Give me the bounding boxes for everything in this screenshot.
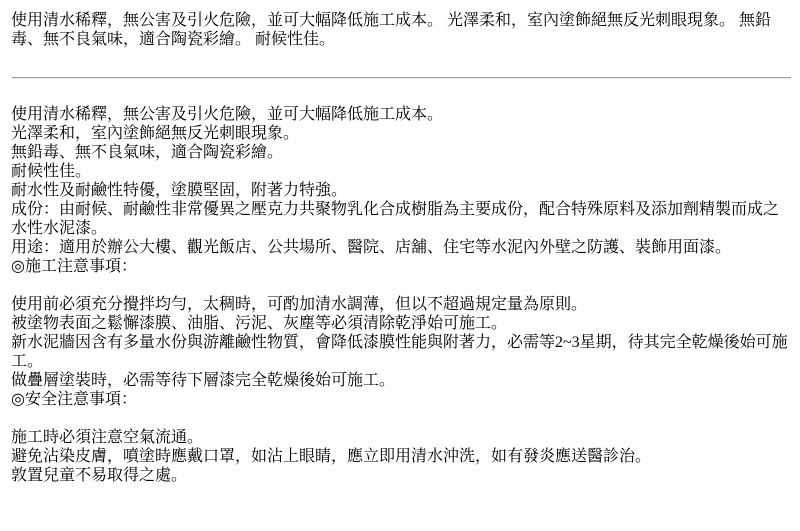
text-line: 無鉛毒、無不良氣味，適合陶瓷彩繪。 bbox=[11, 143, 791, 162]
blank-line bbox=[11, 409, 791, 428]
text-line: 使用前必須充分攪拌均勻，太稠時，可酌加清水調薄，但以不超過規定量為原則。 bbox=[11, 295, 791, 314]
text-line: 用途：適用於辦公大樓、觀光飯店、公共場所、醫院、店舖、住宅等水泥內外壁之防護、裝… bbox=[11, 238, 791, 257]
section-divider bbox=[12, 77, 791, 79]
text-line: 被塗物表面之鬆懈漆膜、油脂、污泥、灰塵等必須清除乾淨始可施工。 bbox=[11, 314, 791, 333]
document-page: 使用清水稀釋，無公害及引火危險，並可大幅降低施工成本。 光澤柔和，室內塗飾絕無反… bbox=[0, 0, 800, 531]
text-line: 耐候性佳。 bbox=[11, 162, 791, 181]
text-line: 使用清水稀釋，無公害及引火危險，並可大幅降低施工成本。 bbox=[11, 105, 791, 124]
text-line: 施工時必須注意空氣流通。 bbox=[11, 428, 791, 447]
text-line: 避免沾染皮膚，噴塗時應戴口罩，如沾上眼睛，應立即用清水沖洗，如有發炎應送醫診治。 bbox=[11, 447, 791, 466]
text-line: ◎安全注意事項： bbox=[11, 390, 791, 409]
product-details: 使用清水稀釋，無公害及引火危險，並可大幅降低施工成本。光澤柔和，室內塗飾絕無反光… bbox=[11, 105, 791, 485]
text-line: ◎施工注意事項： bbox=[11, 257, 791, 276]
text-line: 耐水性及耐鹼性特優，塗膜堅固，附著力特強。 bbox=[11, 181, 791, 200]
text-line: 敦置兒童不易取得之處。 bbox=[11, 466, 791, 485]
blank-line bbox=[11, 276, 791, 295]
intro-paragraph: 使用清水稀釋，無公害及引火危險，並可大幅降低施工成本。 光澤柔和，室內塗飾絕無反… bbox=[11, 11, 791, 49]
text-line: 成份：由耐候、耐鹼性非常優異之壓克力共聚物乳化合成樹脂為主要成份，配合特殊原料及… bbox=[11, 200, 791, 238]
text-line: 新水泥牆因含有多量水份與游離鹼性物質，會降低漆膜性能與附著力，必需等2~3星期，… bbox=[11, 333, 791, 371]
text-line: 做疊層塗裝時，必需等待下層漆完全乾燥後始可施工。 bbox=[11, 371, 791, 390]
text-line: 光澤柔和，室內塗飾絕無反光刺眼現象。 bbox=[11, 124, 791, 143]
